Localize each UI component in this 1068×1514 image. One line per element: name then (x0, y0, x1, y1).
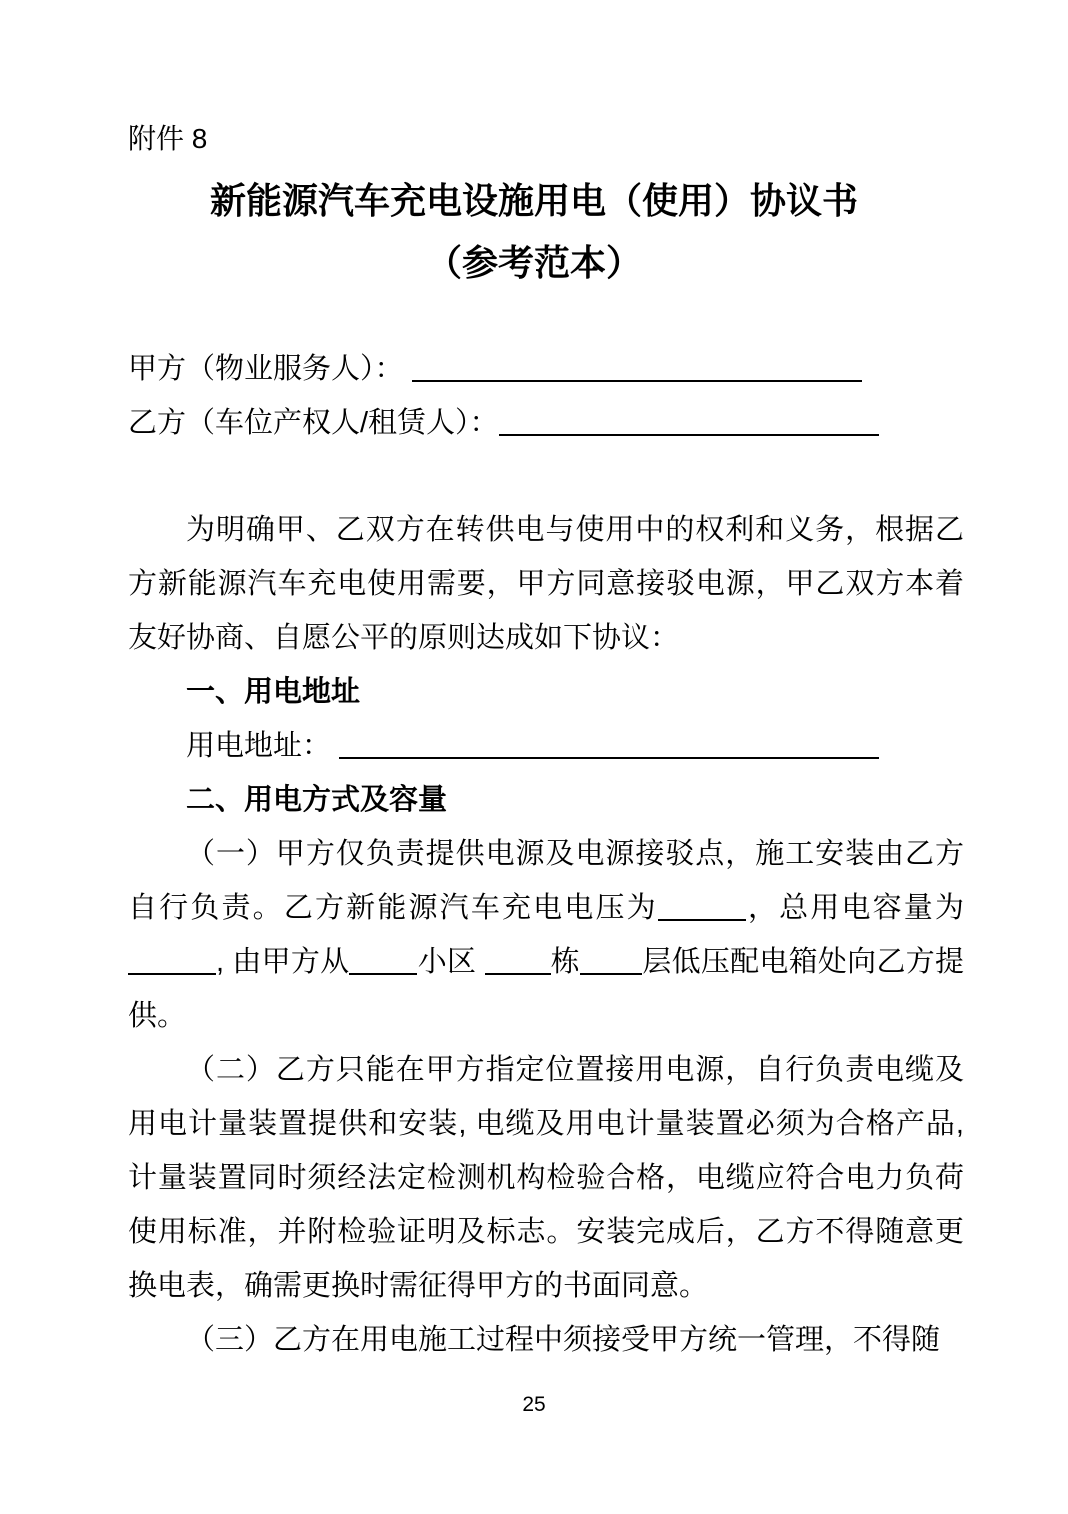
title-line-1: 新能源汽车充电设施用电（使用）协议书 (0, 170, 1068, 232)
text-run: 甲方（物业服务人）： (128, 353, 412, 385)
document-title: 新能源汽车充电设施用电（使用）协议书 （参考范本） (0, 170, 1068, 294)
address-line: 用电地址： (128, 719, 964, 773)
document-page: 附件 8 新能源汽车充电设施用电（使用）协议书 （参考范本） 甲方（物业服务人）… (0, 0, 1068, 1514)
clause-3-paragraph: （三）乙方在用电施工过程中须接受甲方统一管理，不得随 (128, 1313, 964, 1367)
fill-in-blank (339, 728, 879, 759)
text-run: 乙方（车位产权人/租赁人）： (128, 407, 499, 439)
attachment-label: 附件 8 (128, 118, 207, 160)
text-run: 栋 (551, 946, 581, 978)
text-run: 用电地址： (186, 730, 339, 762)
text-run: ，总用电容量为 (746, 892, 964, 924)
fill-in-blank (485, 944, 551, 975)
page-number: 25 (0, 1390, 1068, 1420)
fill-in-blank (128, 944, 216, 975)
section-2-heading: 二、用电方式及容量 (128, 773, 964, 827)
fill-in-blank (412, 351, 862, 382)
clause-2-paragraph: （二）乙方只能在甲方指定位置接用电源，自行负责电缆及用电计量装置提供和安装, 电… (128, 1043, 964, 1313)
section-1-heading: 一、用电地址 (128, 665, 964, 719)
text-run: 小区 (417, 946, 484, 978)
title-line-2: （参考范本） (0, 232, 1068, 294)
party-b-line: 乙方（车位产权人/租赁人）： (128, 396, 964, 450)
fill-in-blank (499, 405, 879, 436)
party-a-line: 甲方（物业服务人）： (128, 342, 964, 396)
clause-1-paragraph: （一）甲方仅负责提供电源及电源接驳点，施工安装由乙方自行负责。乙方新能源汽车充电… (128, 827, 964, 1043)
fill-in-blank (658, 890, 746, 921)
text-run: , 由甲方从 (216, 946, 349, 978)
fill-in-blank (349, 944, 417, 975)
fill-in-blank (580, 944, 642, 975)
intro-paragraph: 为明确甲、乙双方在转供电与使用中的权利和义务，根据乙方新能源汽车充电使用需要，甲… (128, 503, 964, 665)
